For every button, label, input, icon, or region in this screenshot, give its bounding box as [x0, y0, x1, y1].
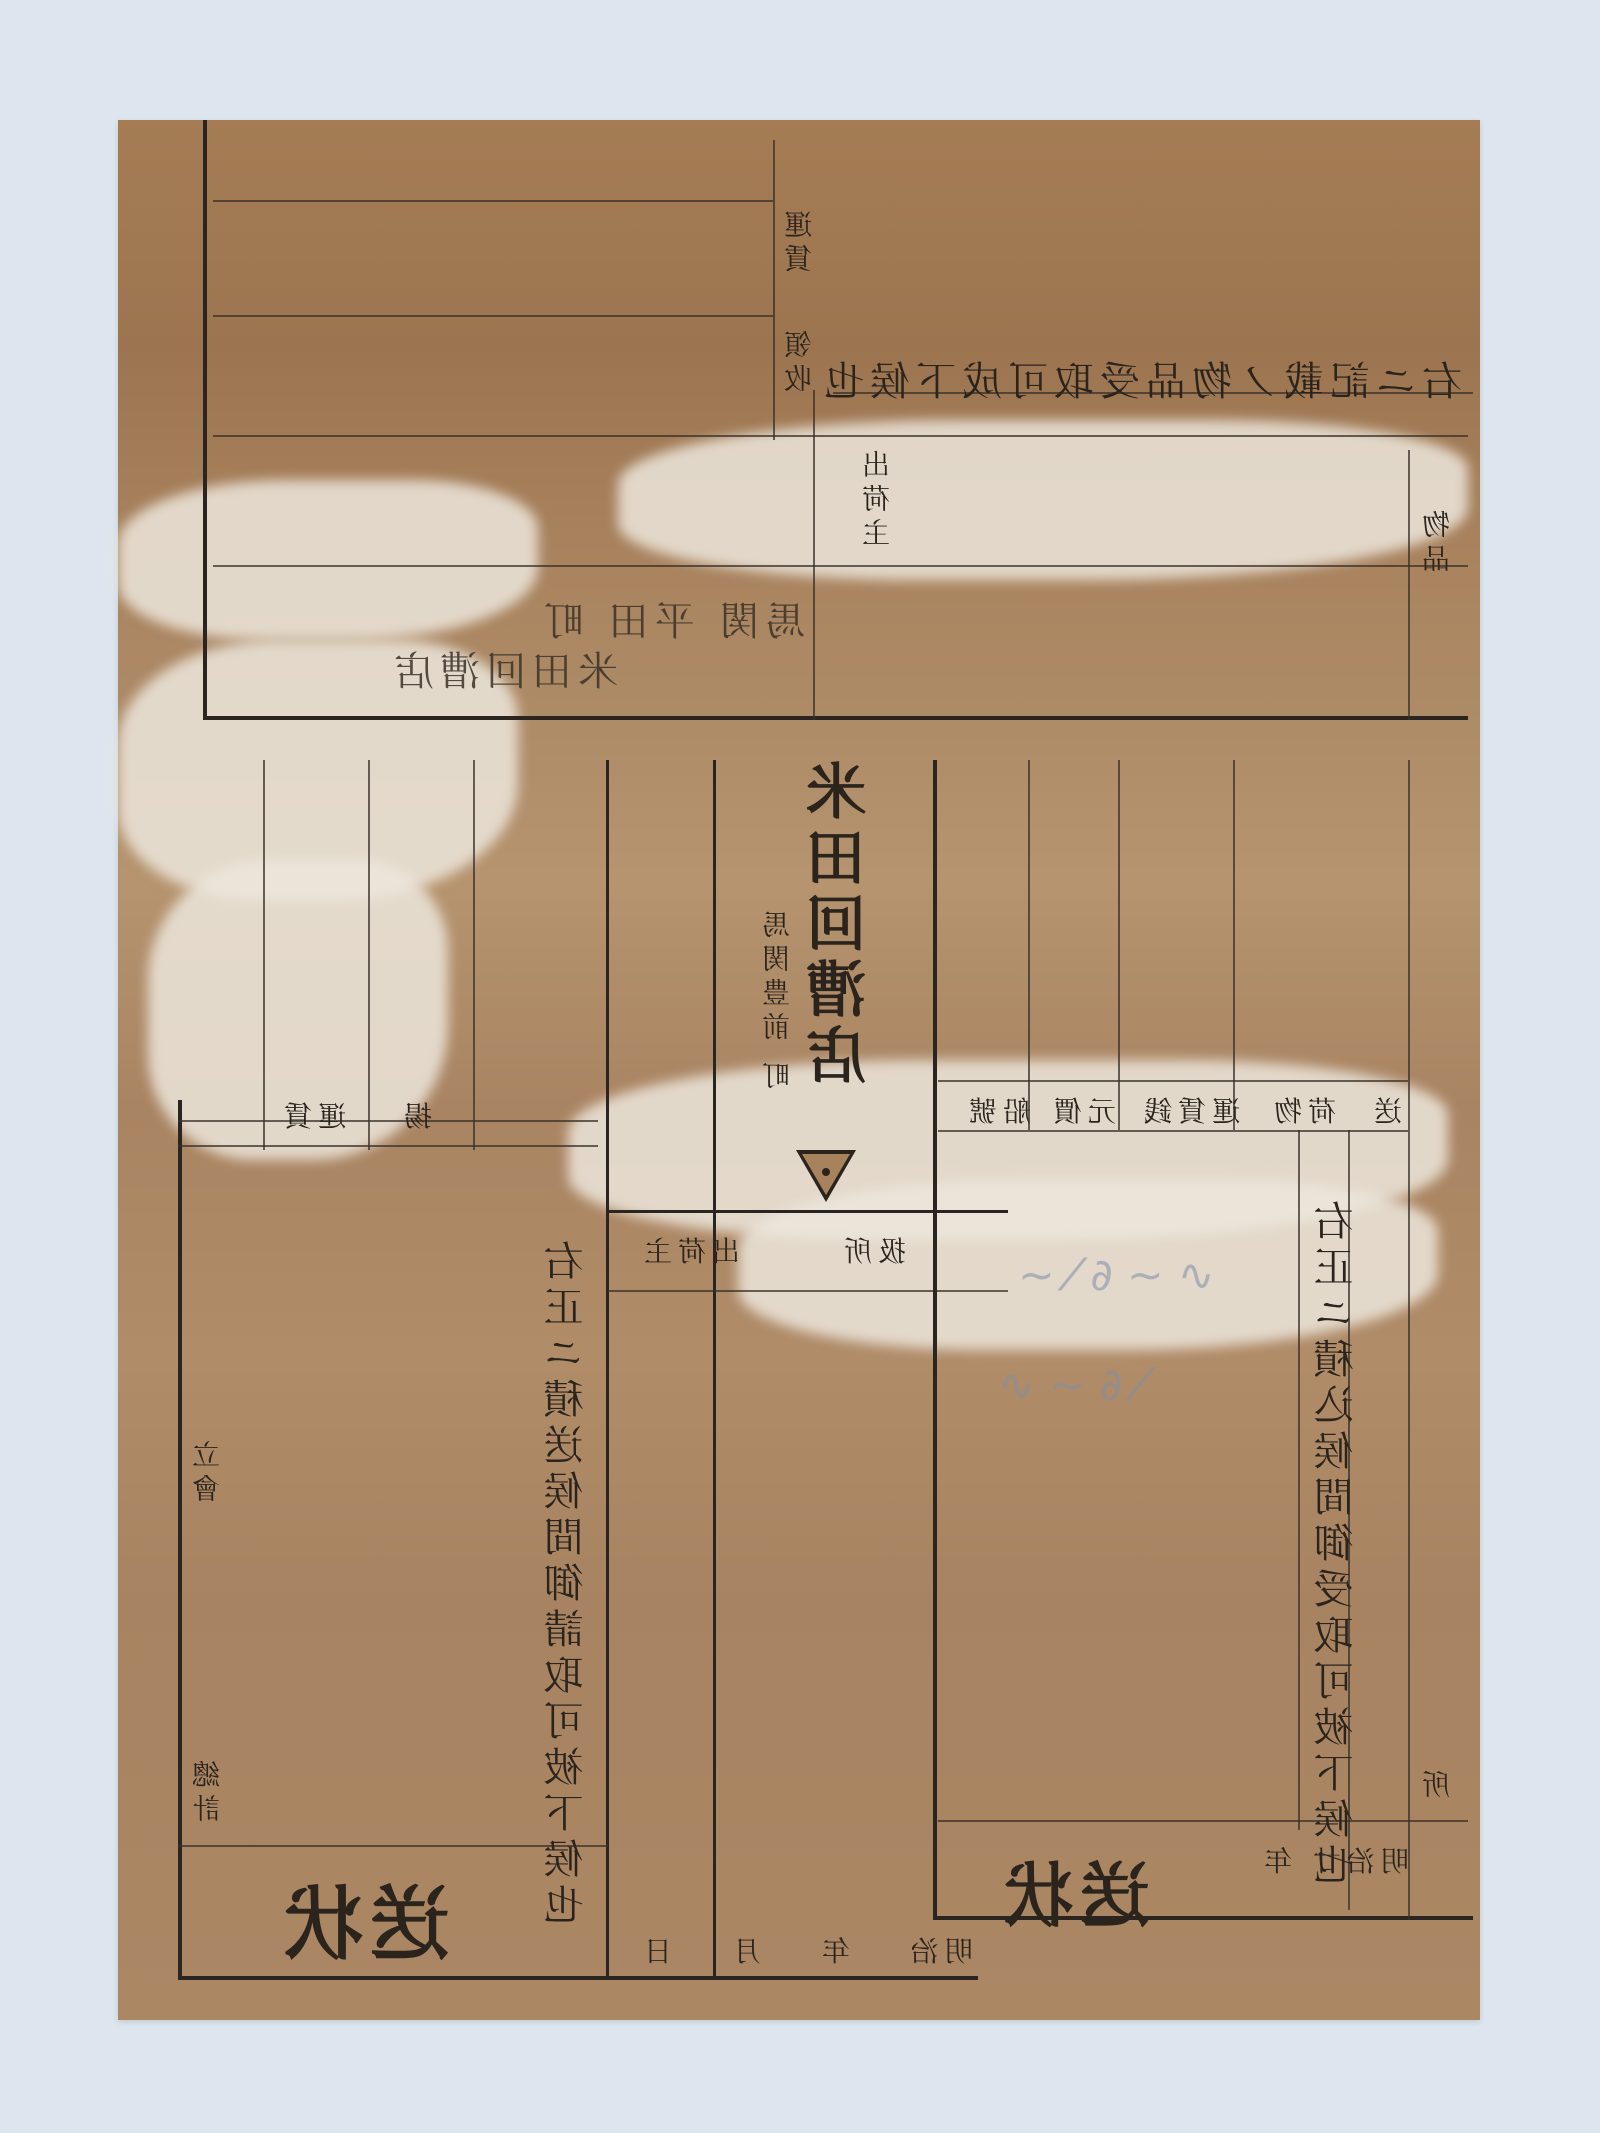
grid-line	[473, 760, 475, 1150]
pencil-scribble: ∿ ~ ∂ ⁄	[998, 1360, 1144, 1411]
frame-line	[178, 1100, 182, 1980]
grid-line	[178, 1145, 598, 1147]
grid-line	[938, 1820, 1468, 1822]
title-left: 送状	[278, 1860, 450, 1975]
grid-line	[213, 565, 1468, 567]
left-label: 立會	[188, 1440, 228, 1508]
shipper-label: 出荷主	[858, 450, 898, 552]
company-name: 米田回漕店	[798, 760, 884, 1090]
date-left: 明治 年 月 日	[638, 1930, 973, 1970]
handwritten-address: 馬関 平田 町	[538, 590, 805, 647]
grid-line	[938, 1130, 1408, 1132]
right-header: 荷物	[1268, 1090, 1336, 1130]
company-mark-icon	[796, 1150, 856, 1202]
stain	[618, 420, 1468, 580]
stain	[118, 480, 538, 640]
table-header: 出荷主	[638, 1230, 740, 1270]
row-label: 領收	[780, 330, 820, 398]
pencil-scribble: ~ ⁄ ∂ ~ ∿	[1018, 1250, 1215, 1301]
document-paper: 運賃 領收 右ニ記載ノ物品受取可成下候也 出荷主 馬関 平田 町 米田回漕店 物…	[118, 120, 1480, 2020]
grid-line	[1233, 760, 1235, 1130]
frame-line	[203, 120, 207, 720]
side-label: 物品	[1418, 510, 1458, 578]
instruction-right: 右正ニ積込候間御受取可被下候也	[1308, 1200, 1365, 1890]
receipt-statement: 右ニ記載ノ物品受取可成下候也	[818, 350, 1462, 407]
left-header: 運賃	[278, 1095, 346, 1135]
grid-line	[213, 200, 773, 202]
grid-line	[1028, 760, 1030, 1130]
instruction-left: 右正ニ積送候間御請取可被下候也	[538, 1240, 595, 1930]
grid-line	[1298, 1130, 1300, 1830]
frame-line	[203, 716, 1468, 720]
grid-line	[938, 1080, 1408, 1082]
left-label: 總計	[188, 1760, 228, 1828]
date-right: 明治廿 年	[1258, 1840, 1409, 1880]
grid-line	[368, 760, 370, 1150]
grid-line	[178, 1120, 598, 1122]
grid-line	[1408, 450, 1410, 720]
right-header: 船號	[963, 1090, 1031, 1130]
right-header: 元價	[1048, 1090, 1116, 1130]
grid-line	[1118, 760, 1120, 1130]
company-sub: 馬関豊前 町	[758, 910, 798, 1095]
frame-line	[178, 1976, 978, 1980]
grid-line	[1408, 760, 1410, 1920]
grid-line	[213, 315, 773, 317]
grid-line	[263, 760, 265, 1150]
frame-line	[933, 760, 937, 1920]
row-label: 運賃	[780, 210, 820, 278]
right-header: 送	[1368, 1090, 1402, 1130]
grid-line	[608, 1290, 1008, 1292]
grid-line	[773, 140, 775, 440]
grid-line	[213, 435, 1468, 437]
grid-line	[608, 1210, 1008, 1213]
grid-line	[606, 760, 609, 1980]
right-header: 運賃銭	[1138, 1090, 1240, 1130]
table-header: 扱所	[838, 1230, 906, 1270]
grid-line	[813, 390, 815, 720]
grid-line	[713, 760, 716, 1980]
title-right: 送状	[998, 1840, 1150, 1941]
left-header: 揚	[398, 1095, 432, 1135]
company-mark-dot	[822, 1168, 830, 1176]
right-label: 所	[1418, 1770, 1458, 1804]
handwritten-name: 米田回漕店	[388, 640, 618, 697]
